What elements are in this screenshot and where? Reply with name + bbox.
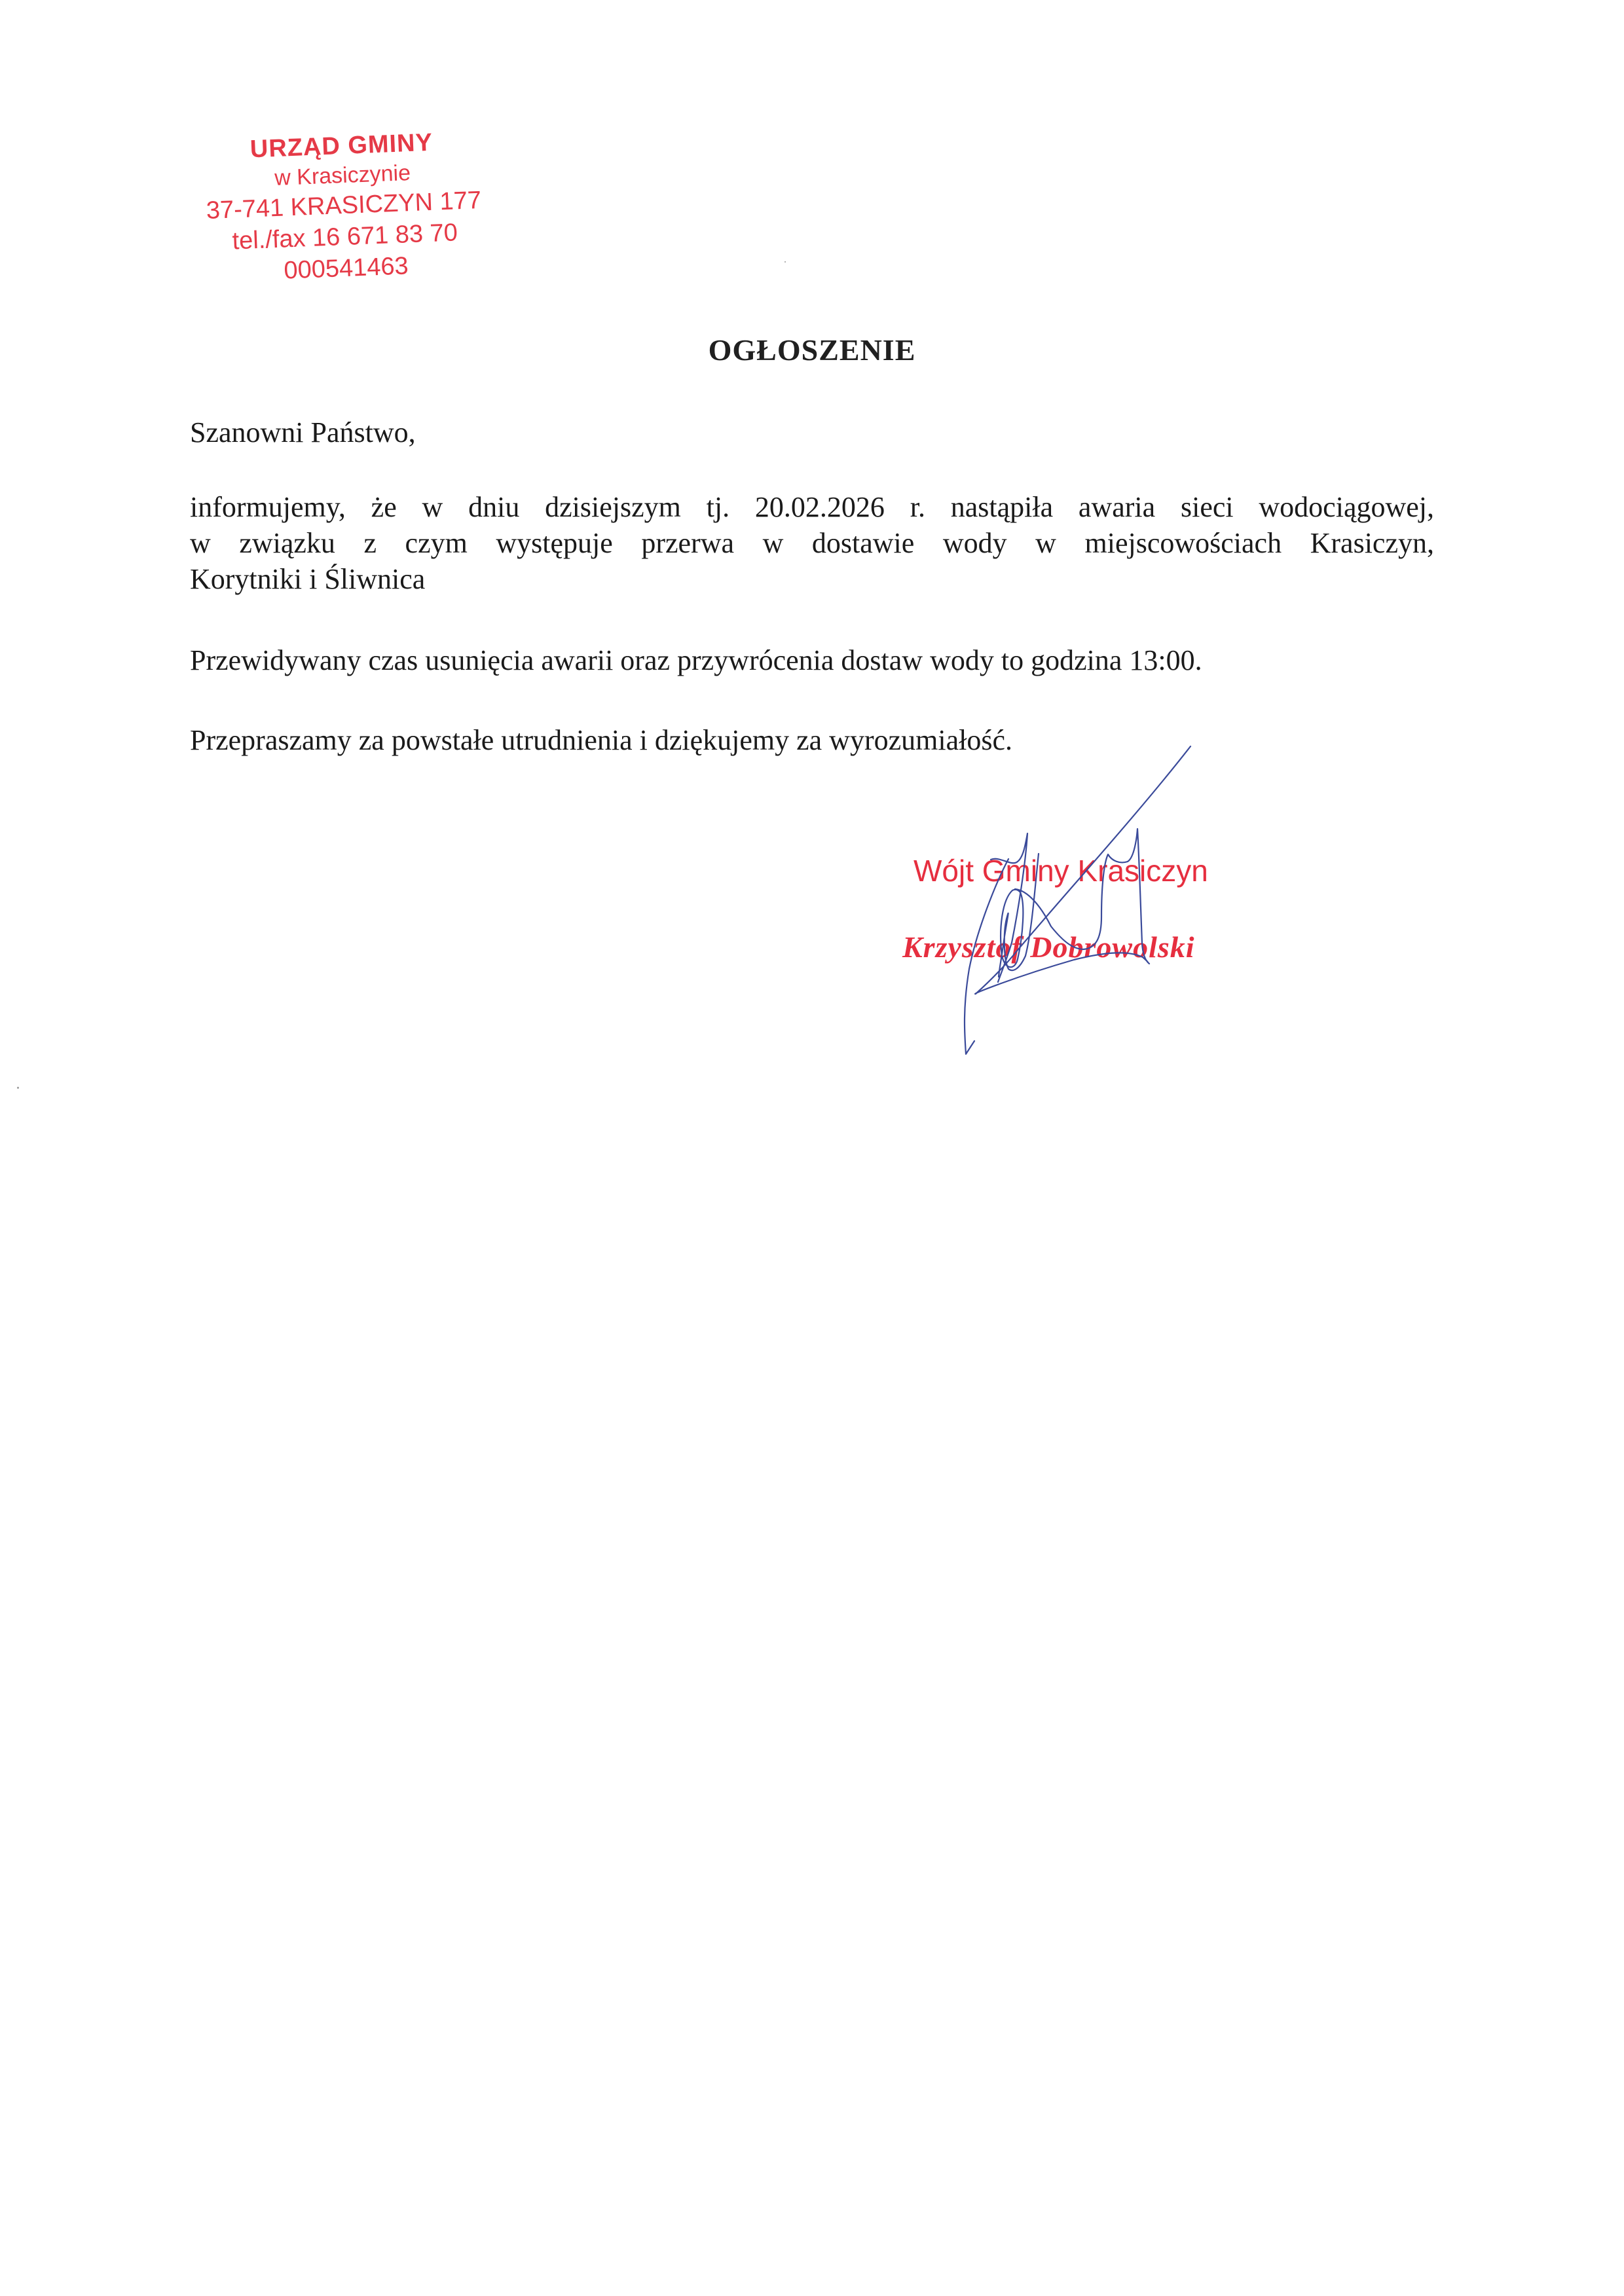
- paragraph-line: w związku z czym występuje przerwa w dos…: [190, 525, 1434, 561]
- scan-artifact: [17, 1087, 19, 1089]
- document-page: URZĄD GMINY w Krasiczynie 37-741 KRASICZ…: [0, 0, 1624, 2296]
- paragraph-line: Korytniki i Śliwnica: [190, 561, 1434, 597]
- salutation: Szanowni Państwo,: [190, 414, 416, 450]
- paragraph-restoration-time: Przewidywany czas usunięcia awarii oraz …: [190, 642, 1202, 678]
- document-title: OGŁOSZENIE: [0, 333, 1624, 367]
- scan-artifact: [784, 261, 786, 263]
- paragraph-apology: Przepraszamy za powstałe utrudnienia i d…: [190, 722, 1012, 758]
- paragraph-line: informujemy, że w dniu dzisiejszym tj. 2…: [190, 489, 1434, 525]
- office-stamp: URZĄD GMINY w Krasiczynie 37-741 KRASICZ…: [164, 124, 524, 291]
- handwritten-signature-icon: [877, 733, 1270, 1074]
- document-title-text: OGŁOSZENIE: [709, 333, 916, 367]
- paragraph-outage-notice: informujemy, że w dniu dzisiejszym tj. 2…: [190, 489, 1434, 597]
- signatory-name-stamp: Krzysztof Dobrowolski: [902, 930, 1195, 964]
- signatory-title-stamp: Wójt Gminy Krasiczyn: [913, 853, 1208, 888]
